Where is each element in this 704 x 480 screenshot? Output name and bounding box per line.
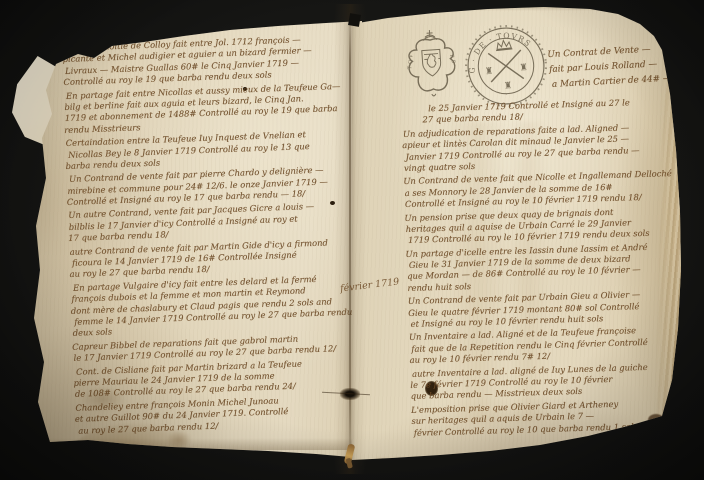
castle-icon: ♜ <box>503 80 512 92</box>
left-page-handwritten-text: En bail a moitié de Colloy fait entre Jo… <box>62 33 360 437</box>
tax-stamp-generalite-tours-icon: G · DE · TOVRS · · · · · ♜ ♜ ♜ <box>460 20 552 112</box>
stamp-side-text-left: TOV <box>407 52 415 70</box>
right-page-top-edge <box>352 2 686 11</box>
castle-icon: ♜ <box>484 66 493 78</box>
stamp-inner-shield <box>422 49 442 76</box>
stamp-lion-figure <box>424 53 441 67</box>
tax-stamp-shield-icon: TOV RS <box>399 26 464 110</box>
left-page: En bail a moitié de Colloy fait entre Jo… <box>16 18 362 468</box>
right-page-handwritten-text: le 25 Janvier 1719 Controllé et Insigné … <box>402 96 684 439</box>
stitch-hole <box>340 388 360 400</box>
castle-icon: ♜ <box>519 62 528 74</box>
stamp-side-text-right: RS <box>448 54 457 66</box>
right-page: TOV RS G · DE · TOVRS · · · · · ♜ ♜ ♜ <box>352 2 686 472</box>
left-page-bottom-edge <box>16 438 362 450</box>
stain <box>636 438 646 446</box>
worm-hole <box>32 416 44 431</box>
stamp-cartouche <box>407 38 456 92</box>
page-stack-bottom-edge <box>376 456 672 472</box>
spine-top-notch <box>348 13 361 27</box>
right-page-header-text: Un Contrat de Vente —fait par Louis Roll… <box>548 41 684 93</box>
manuscript-photo: En bail a moitié de Colloy fait entre Jo… <box>0 0 704 480</box>
stamp-flourish-bottom <box>432 94 436 96</box>
